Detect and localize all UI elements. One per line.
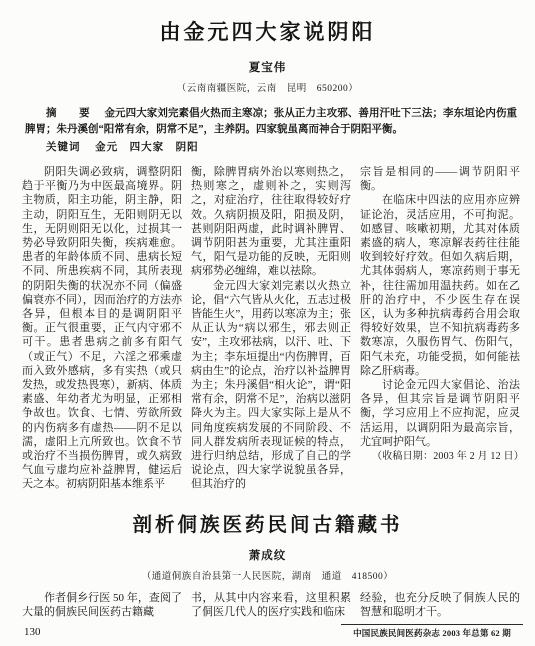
article1-author: 夏宝伟	[0, 59, 535, 75]
journal-footer: 中国民族民间医药杂志 2003 年总第 62 期	[341, 624, 523, 639]
article1-affiliation: （云南南疆医院，云南 昆明 650200）	[0, 80, 535, 94]
article2-affiliation: （通道侗族自治县第一人民医院，湖南 通道 418500）	[0, 568, 535, 582]
article2-column-1: 作者侗乡行医 50 年，查阅了大量的侗族民间医药古籍藏	[22, 591, 182, 619]
received-date: （收稿日期：2003 年 2 月 12 日）	[360, 450, 520, 464]
article2-column-2: 书，从其中内容来看，这里积累了侗医几代人的医疗实践和临床	[191, 591, 351, 619]
paragraph: 在临床中四法的应用亦应辨证论治，灵活应用，不可拘泥。如感冒、咳嗽初期，尤其对体质…	[360, 193, 520, 378]
paragraph: 书，从其中内容来看，这里积累了侗医几代人的医疗实践和临床	[191, 591, 351, 619]
article2-column-3: 经验，也充分反映了侗族人民的智慧和聪明才干。	[360, 591, 520, 619]
keywords-label: 关键词	[46, 142, 81, 153]
paragraph: 衡，除脾胃病外治以寒则热之，热则寒之，虚则补之，实则泻之，对症治疗，往往取得较好…	[191, 165, 351, 279]
abstract-text: 金元四大家刘完素倡火热而主寒凉；张从正力主攻邪、善用汗吐下三法；李东垣论内伤重脾…	[25, 108, 517, 135]
page-number: 130	[24, 626, 41, 638]
paragraph: 经验，也充分反映了侗族人民的智慧和聪明才干。	[360, 591, 520, 619]
article1-body: 阴阳失调必致病，调整阴阳趋于平衡乃为中医最高境界。阴主物质，阳主功能，阴主静，阳…	[0, 165, 535, 495]
paragraph: 阴阳失调必致病，调整阴阳趋于平衡乃为中医最高境界。阴主物质，阳主功能，阴主静，阳…	[22, 165, 182, 492]
paragraph: 金元四大家刘完素以火热立论，倡“六气皆从火化，五志过极皆能生火”，用药以寒凉为主…	[191, 279, 351, 492]
article1-title: 由金元四大家说阴阳	[0, 0, 535, 46]
keywords-text: 金元 四大家 阴阳	[95, 142, 199, 153]
article2-author: 萧成纹	[0, 547, 535, 563]
paragraph: 讨论金元四大家倡论、治法各异，但其宗旨是调节阴阳平衡，学习应用上不应拘泥，应灵活…	[360, 378, 520, 449]
article1-column-3: 宗旨是相同的——调节阴阳平衡。 在临床中四法的应用亦应辨证论治，灵活应用，不可拘…	[360, 165, 520, 495]
article1-abstract: 摘 要 金元四大家刘完素倡火热而主寒凉；张从正力主攻邪、善用汗吐下三法；李东垣论…	[25, 106, 517, 137]
article-1: 由金元四大家说阴阳 夏宝伟 （云南南疆医院，云南 昆明 650200） 摘 要 …	[0, 0, 535, 495]
abstract-label: 摘 要	[46, 108, 96, 119]
journal-page: 由金元四大家说阴阳 夏宝伟 （云南南疆医院，云南 昆明 650200） 摘 要 …	[0, 0, 535, 646]
paragraph: 作者侗乡行医 50 年，查阅了大量的侗族民间医药古籍藏	[22, 591, 182, 619]
article2-body: 作者侗乡行医 50 年，查阅了大量的侗族民间医药古籍藏 书，从其中内容来看，这里…	[0, 591, 535, 619]
article1-column-1: 阴阳失调必致病，调整阴阳趋于平衡乃为中医最高境界。阴主物质，阳主功能，阴主静，阳…	[22, 165, 182, 495]
article1-keywords: 关键词 金元 四大家 阴阳	[25, 139, 517, 154]
article1-column-2: 衡，除脾胃病外治以寒则热之，热则寒之，虚则补之，实则泻之，对症治疗，往往取得较好…	[191, 165, 351, 495]
paragraph: 宗旨是相同的——调节阴阳平衡。	[360, 165, 520, 193]
article2-title: 剖析侗族医药民间古籍藏书	[0, 495, 535, 537]
article-2: 剖析侗族医药民间古籍藏书 萧成纹 （通道侗族自治县第一人民医院，湖南 通道 41…	[0, 495, 535, 619]
